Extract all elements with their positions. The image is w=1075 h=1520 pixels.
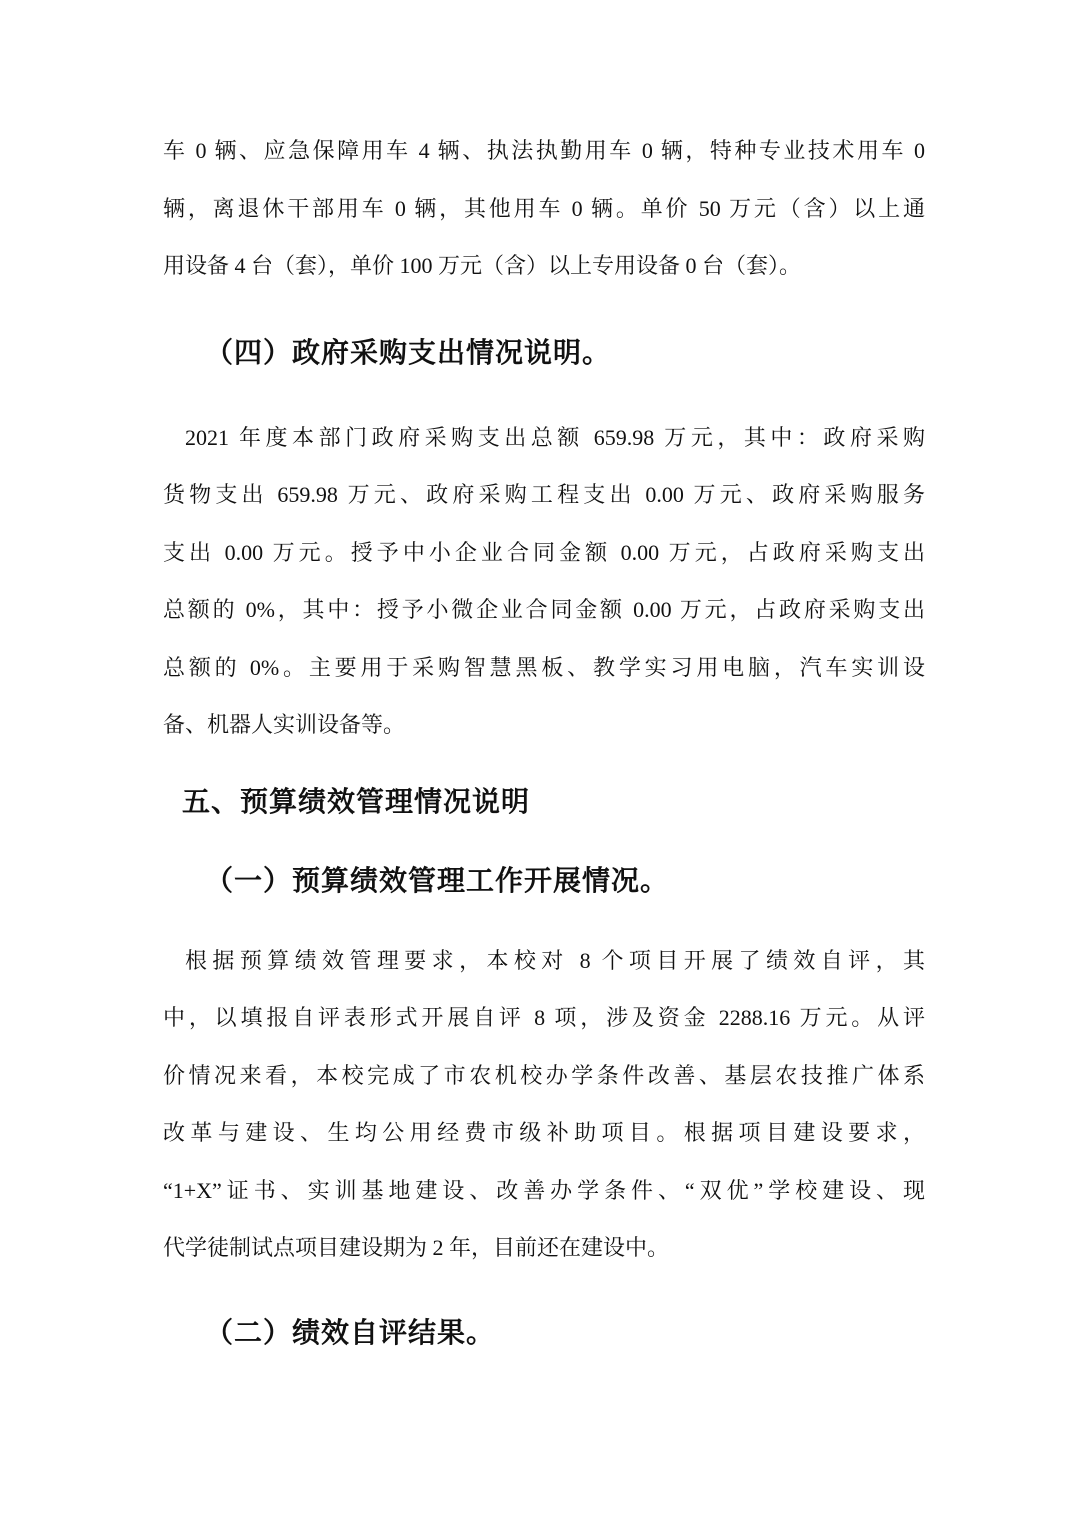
- paragraph-line: 改革与建设、生均公用经费市级补助项目。根据项目建设要求，: [163, 1104, 925, 1162]
- paragraph-line: 用设备 4 台（套），单价 100 万元（含）以上专用设备 0 台（套）。: [163, 237, 925, 295]
- heading-section-five-one: （一）预算绩效管理工作开展情况。: [163, 851, 925, 911]
- paragraph-line: 支出 0.00 万元。授予中小企业合同金额 0.00 万元，占政府采购支出: [163, 524, 925, 582]
- document-page: 车 0 辆、应急保障用车 4 辆、执法执勤用车 0 辆，特种专业技术用车 0 辆…: [0, 0, 1075, 1520]
- paragraph-line: 2021 年度本部门政府采购支出总额 659.98 万元，其中：政府采购: [163, 409, 925, 467]
- heading-section-four-procurement: （四）政府采购支出情况说明。: [163, 323, 925, 383]
- paragraph-line: 代学徒制试点项目建设期为 2 年，目前还在建设中。: [163, 1219, 925, 1277]
- paragraph-line: 辆，离退休干部用车 0 辆，其他用车 0 辆。单价 50 万元（含）以上通: [163, 180, 925, 238]
- paragraph-line: 价情况来看，本校完成了市农机校办学条件改善、基层农技推广体系: [163, 1047, 925, 1105]
- paragraph-line: 总额的 0%。主要用于采购智慧黑板、教学实习用电脑，汽车实训设: [163, 639, 925, 697]
- paragraph-line: 货物支出 659.98 万元、政府采购工程支出 0.00 万元、政府采购服务: [163, 466, 925, 524]
- paragraph-line: 备、机器人实训设备等。: [163, 696, 925, 754]
- paragraph-procurement-details: 2021 年度本部门政府采购支出总额 659.98 万元，其中：政府采购 货物支…: [163, 409, 925, 754]
- paragraph-line: 根据预算绩效管理要求，本校对 8 个项目开展了绩效自评，其: [163, 932, 925, 990]
- paragraph-line: 总额的 0%，其中：授予小微企业合同金额 0.00 万元，占政府采购支出: [163, 581, 925, 639]
- paragraph-line: “1+X”证书、实训基地建设、改善办学条件、“双优”学校建设、现: [163, 1162, 925, 1220]
- paragraph-line: 中，以填报自评表形式开展自评 8 项，涉及资金 2288.16 万元。从评: [163, 989, 925, 1047]
- heading-chapter-five-performance: 五、预算绩效管理情况说明: [163, 772, 925, 832]
- paragraph-line: 车 0 辆、应急保障用车 4 辆、执法执勤用车 0 辆，特种专业技术用车 0: [163, 122, 925, 180]
- paragraph-vehicles-continuation: 车 0 辆、应急保障用车 4 辆、执法执勤用车 0 辆，特种专业技术用车 0 辆…: [163, 122, 925, 295]
- heading-section-five-two: （二）绩效自评结果。: [163, 1303, 925, 1363]
- paragraph-performance-management: 根据预算绩效管理要求，本校对 8 个项目开展了绩效自评，其 中，以填报自评表形式…: [163, 932, 925, 1277]
